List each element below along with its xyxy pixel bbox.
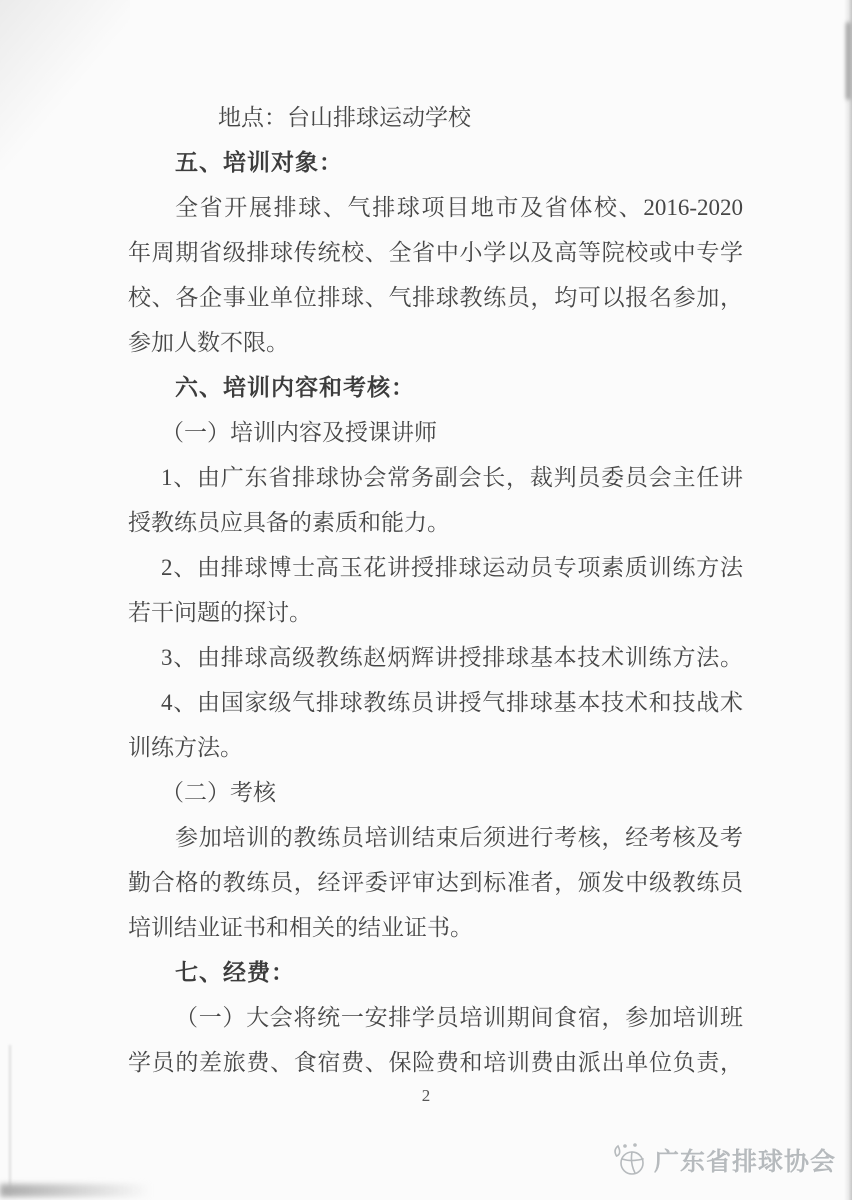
scan-smudge-bottomleft xyxy=(0,1184,150,1197)
text-line: 培训结业证书和相关的结业证书。 xyxy=(128,905,743,950)
text-line: （一）大会将统一安排学员培训期间食宿，参加培训班 xyxy=(128,995,743,1040)
subsection-heading: （二）考核 xyxy=(128,770,743,815)
scan-edge-right-dark xyxy=(846,22,851,100)
text-line: 校、各企事业单位排球、气排球教练员，均可以报名参加， xyxy=(128,275,743,320)
scanned-document-page: 地点：台山排球运动学校五、培训对象：全省开展排球、气排球项目地市及省体校、201… xyxy=(0,0,852,1200)
text-line: 参加人数不限。 xyxy=(128,320,743,365)
text-line: 4、由国家级气排球教练员讲授气排球基本技术和技战术 xyxy=(128,680,743,725)
scan-edge-right xyxy=(844,0,852,1200)
text-line: 授教练员应具备的素质和能力。 xyxy=(128,500,743,545)
text-line: 1、由广东省排球协会常务副会长，裁判员委员会主任讲 xyxy=(128,455,743,500)
section-heading-6: 六、培训内容和考核： xyxy=(128,365,743,410)
text-line: 年周期省级排球传统校、全省中小学以及高等院校或中专学 xyxy=(128,230,743,275)
association-watermark: 广东省排球协会 xyxy=(610,1142,836,1178)
location-line: 地点：台山排球运动学校 xyxy=(128,95,743,140)
text-line: 2、由排球博士高玉花讲授排球运动员专项素质训练方法 xyxy=(128,545,743,590)
text-line: 学员的差旅费、食宿费、保险费和培训费由派出单位负责， xyxy=(128,1040,743,1085)
volleyball-icon xyxy=(610,1142,648,1178)
text-line: 勤合格的教练员，经评委评审达到标准者，颁发中级教练员 xyxy=(128,860,743,905)
text-line: 训练方法。 xyxy=(128,725,743,770)
scan-crease-left xyxy=(9,1045,11,1195)
section-heading-7: 七、经费： xyxy=(128,950,743,995)
subsection-heading: （一）培训内容及授课讲师 xyxy=(128,410,743,455)
scan-shadow-topleft xyxy=(0,0,130,170)
watermark-label: 广东省排球协会 xyxy=(654,1142,836,1178)
document-body: 地点：台山排球运动学校五、培训对象：全省开展排球、气排球项目地市及省体校、201… xyxy=(128,95,743,1085)
text-line: 参加培训的教练员培训结束后须进行考核，经考核及考 xyxy=(128,815,743,860)
text-line: 3、由排球高级教练赵炳辉讲授排球基本技术训练方法。 xyxy=(128,635,743,680)
page-number: 2 xyxy=(0,1086,852,1106)
section-heading-5: 五、培训对象： xyxy=(128,140,743,185)
text-line: 若干问题的探讨。 xyxy=(128,590,743,635)
text-line: 全省开展排球、气排球项目地市及省体校、2016-2020 xyxy=(128,185,743,230)
